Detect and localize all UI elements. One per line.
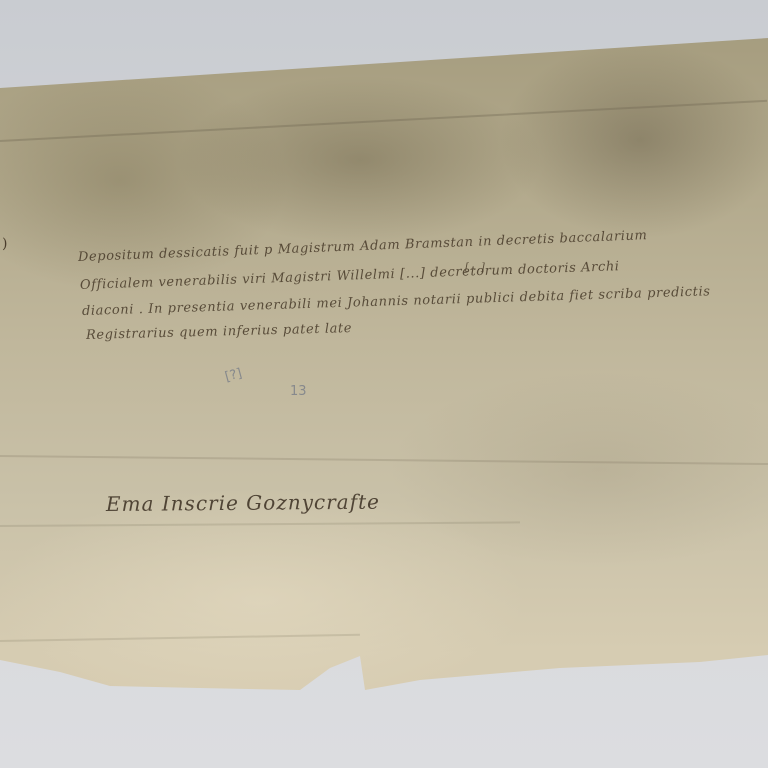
parchment-document (0, 0, 768, 768)
margin-mark: ) (2, 236, 7, 252)
interlinear-note: [...] (465, 262, 485, 273)
pencil-mark: 13 (290, 384, 307, 399)
signature: Ema Inscrie Goznycrafte (106, 490, 380, 516)
